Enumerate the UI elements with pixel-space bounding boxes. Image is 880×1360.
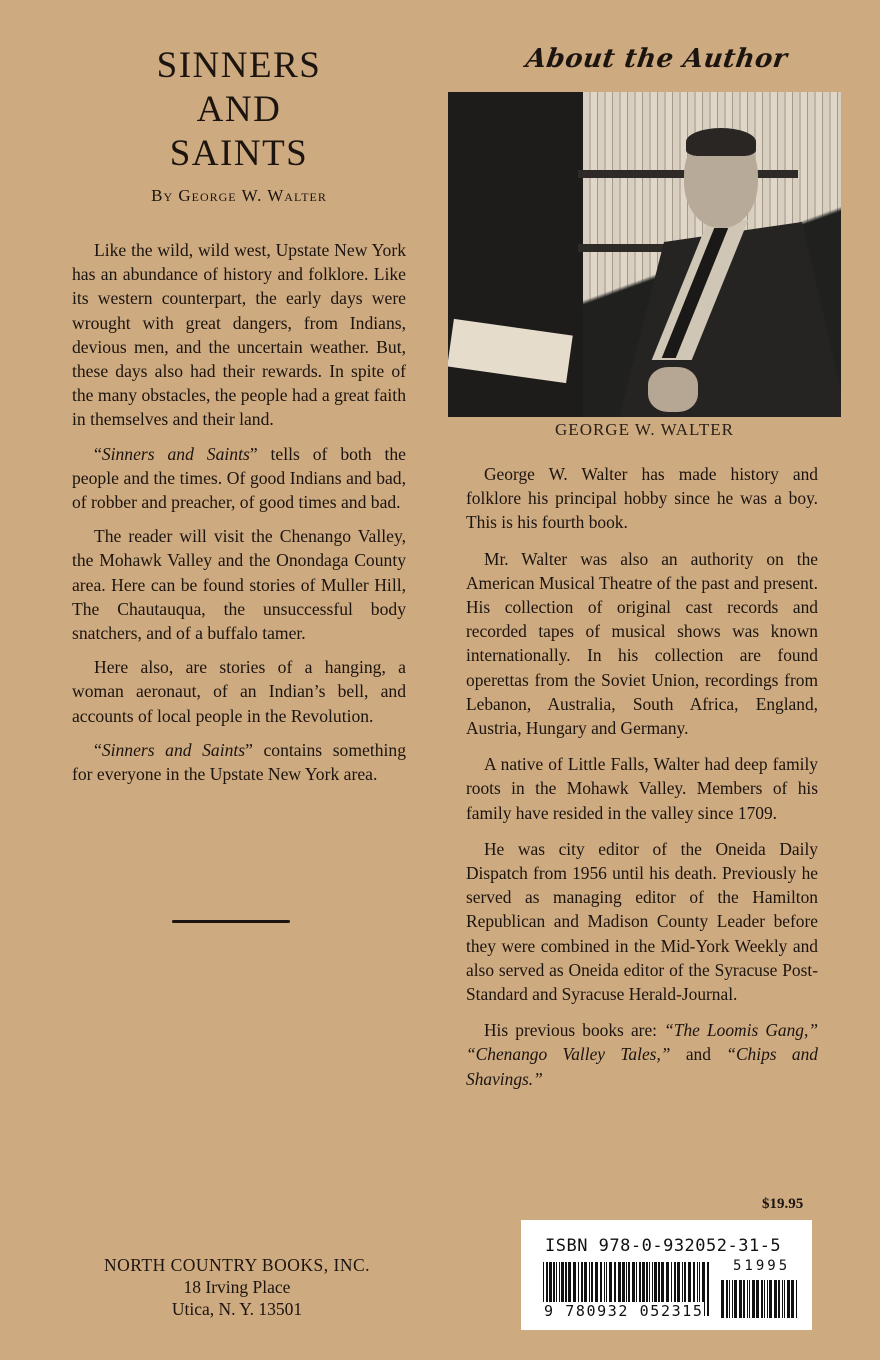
title-line: SINNERS bbox=[72, 44, 406, 88]
publisher-city: Utica, N. Y. 13501 bbox=[72, 1298, 402, 1320]
price-code: 51995 bbox=[733, 1258, 790, 1274]
bio-paragraph: George W. Walter has made history and fo… bbox=[466, 462, 818, 535]
publisher-name: NORTH COUNTRY BOOKS, INC. bbox=[72, 1254, 402, 1276]
title-line: SAINTS bbox=[72, 132, 406, 176]
price-barcode-icon bbox=[721, 1280, 797, 1318]
bio-paragraph: Mr. Walter was also an authority on the … bbox=[466, 547, 818, 741]
book-title-italic: “Chenango Valley Tales,” bbox=[466, 1044, 670, 1064]
blurb-paragraph: Like the wild, wild west, Upstate New Yo… bbox=[72, 238, 406, 432]
bio-paragraph: He was city editor of the Oneida Daily D… bbox=[466, 837, 818, 1006]
book-title-italic: Sinners and Saints bbox=[102, 444, 250, 464]
paragraph-text: The reader will visit the Chenango Valle… bbox=[72, 526, 406, 643]
blurb: Like the wild, wild west, Upstate New Yo… bbox=[72, 238, 406, 786]
book-title-italic: “The Loomis Gang,” bbox=[664, 1020, 818, 1040]
ean-digits: 9 780932 052315 bbox=[543, 1302, 704, 1320]
book-title-italic: Sinners and Saints bbox=[102, 740, 245, 760]
left-column: SINNERS AND SAINTS By George W. Walter L… bbox=[72, 44, 406, 796]
blurb-paragraph: Here also, are stories of a hanging, a w… bbox=[72, 655, 406, 728]
author-photo bbox=[448, 92, 841, 417]
bio-paragraph: A native of Little Falls, Walter had dee… bbox=[466, 752, 818, 825]
books-and: and bbox=[670, 1044, 726, 1064]
blurb-paragraph: “Sinners and Saints” tells of both the p… bbox=[72, 442, 406, 515]
books-intro: His previous books are: bbox=[484, 1020, 664, 1040]
author-byline: By George W. Walter bbox=[72, 186, 406, 206]
isbn-label: ISBN 978-0-932052-31-5 bbox=[545, 1236, 781, 1256]
publisher-address: 18 Irving Place bbox=[72, 1276, 402, 1298]
about-author-heading: About the Author bbox=[524, 44, 789, 74]
photo-caption: GEORGE W. WALTER bbox=[448, 420, 841, 440]
isbn-barcode: ISBN 978-0-932052-31-5 9 780932 052315 5… bbox=[521, 1220, 812, 1330]
publisher-block: NORTH COUNTRY BOOKS, INC. 18 Irving Plac… bbox=[72, 1254, 402, 1320]
section-divider bbox=[172, 920, 290, 923]
paragraph-text: Here also, are stories of a hanging, a w… bbox=[72, 657, 406, 725]
open-quote: “ bbox=[94, 740, 102, 760]
open-quote: “ bbox=[94, 444, 102, 464]
previous-books: His previous books are: “The Loomis Gang… bbox=[466, 1018, 818, 1091]
blurb-paragraph: “Sinners and Saints” contains something … bbox=[72, 738, 406, 786]
author-bio: George W. Walter has made history and fo… bbox=[466, 462, 818, 1103]
book-title: SINNERS AND SAINTS bbox=[72, 44, 406, 176]
price-label: $19.95 bbox=[762, 1196, 803, 1213]
blurb-paragraph: The reader will visit the Chenango Valle… bbox=[72, 524, 406, 645]
title-line: AND bbox=[72, 88, 406, 132]
paragraph-text: Like the wild, wild west, Upstate New Yo… bbox=[72, 240, 406, 429]
